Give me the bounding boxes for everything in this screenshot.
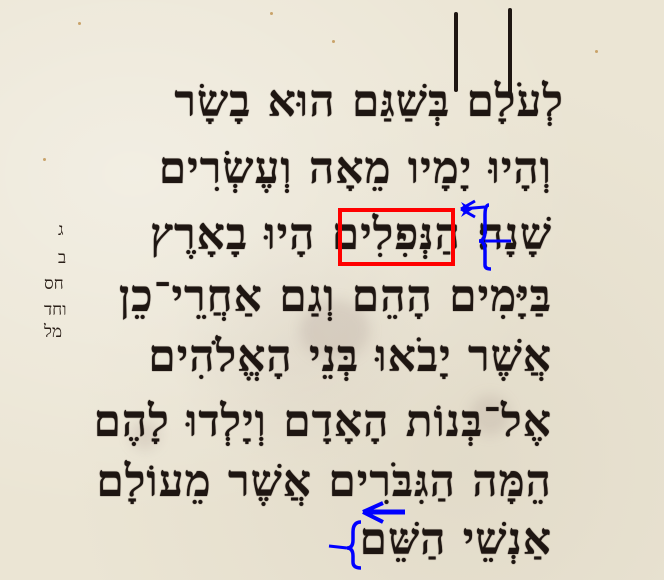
highlight-box [338,208,455,266]
manuscript-line-6: אֶל־בְּנוֹת הָאָדָם וְיָלְדוּ לָהֶם [93,400,552,444]
manuscript-line-1: לְעֹלָם בְּשַׁגַּם הוּא בָשָׂר [174,80,564,124]
margin-note-3: חס [44,276,64,293]
manuscript-line-2: וְהָיוּ יָמָיו מֵאָה וְעֶשְׂרִים [159,147,552,191]
margin-note-5: מל [44,324,62,341]
margin-note-4: וחד [44,302,67,319]
bracket-arrow-icon [455,195,515,275]
manuscript-line-7: הֵמָּה הַגִּבֹּרִים אֲשֶׁר מֵעוֹלָם [96,460,552,504]
bracket-arrow-icon [325,500,415,570]
margin-note-1: ג [58,222,64,239]
manuscript-line-4: בַּיָּמִים הָהֵם וְגַם אַחֲרֵי־כֵן [119,275,552,319]
margin-note-2: ב [58,250,66,267]
manuscript-line-5: אֲשֶׁר יָבֹאוּ בְּנֵי הָאֱלֹהִים [148,335,552,379]
